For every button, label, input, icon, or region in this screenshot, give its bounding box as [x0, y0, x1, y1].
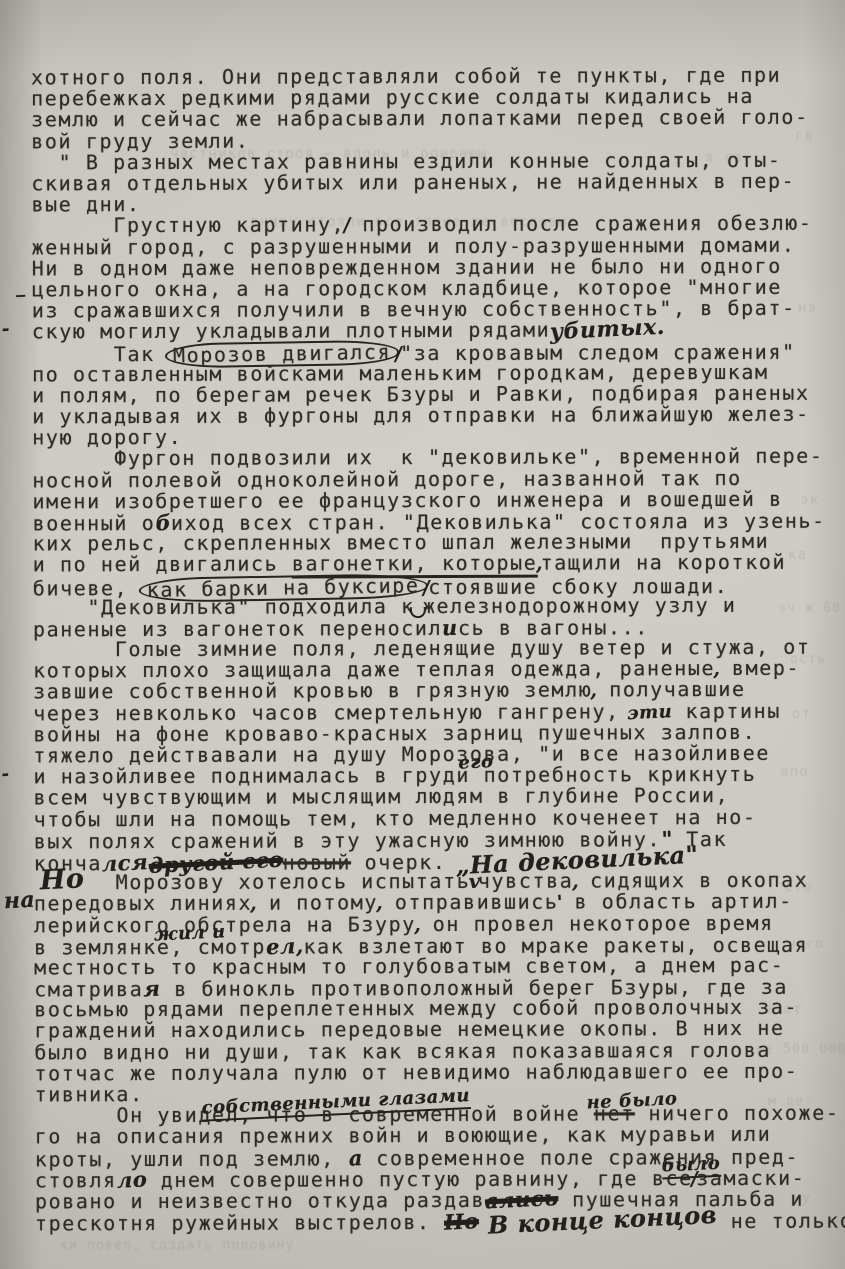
handwritten-annotation: ло: [116, 1168, 147, 1191]
bleed-through-text: ки повел, создать половину: [60, 1238, 295, 1253]
handwritten-annotation: а: [348, 1147, 363, 1169]
typed-text: железнодорожному узлу и: [423, 593, 737, 618]
typed-line: скивая отдельных убитых или раненых, не …: [31, 171, 845, 195]
margin-handwriting: на: [3, 890, 35, 913]
typed-text: не только: [717, 1209, 845, 1233]
typed-line: -скую могилу укладывали плотными рядамиу…: [32, 319, 845, 343]
typed-line: и по ней двигались вагонетки, которые,та…: [33, 552, 845, 576]
insertion-mark: ,: [535, 554, 543, 576]
typed-text: трескотня ружейных выстрелов.: [35, 1210, 444, 1235]
typed-text: тащили на короткой: [541, 550, 787, 575]
margin-handwriting: Но: [39, 868, 84, 891]
interline-handwriting: жил и: [154, 921, 227, 946]
insertion-mark: ,: [413, 914, 421, 936]
typed-line: ровано и неизвестно откуда раздавались п…: [35, 1188, 845, 1212]
typed-line: землю и сейчас же набрасывали лопатками …: [31, 107, 845, 131]
typed-line: вых полях сражений в эту ужасную зимнюю …: [34, 827, 845, 851]
typed-line: тотчас же получала пулю от невидимо набл…: [34, 1060, 845, 1084]
margin-handwriting: -: [1, 319, 10, 341]
handwritten-annotation: убитых.: [550, 317, 666, 344]
typed-line: и укладывая их в фургоны для отправки на…: [32, 404, 845, 428]
typed-line: трескотня ружейных выстрелов. Но В конце…: [35, 1209, 845, 1233]
typed-text: и по ней двигались: [33, 552, 292, 577]
typed-line: "Дековилька" подходила кжелезнодорожному…: [33, 594, 845, 618]
handwritten-annotation: В конце концов: [479, 1204, 718, 1236]
interline-handwriting: его: [458, 751, 494, 774]
document-page: частников строя — вдоль и опирающя гввни…: [0, 0, 845, 1269]
margin-handwriting: _: [15, 276, 25, 298]
scribbled-out-handwriting: Но: [444, 1210, 480, 1233]
margin-handwriting: -: [1, 764, 10, 786]
interline-handwriting: было: [661, 1153, 721, 1180]
typed-text: скую могилу укладывали плотными рядами: [32, 318, 550, 344]
typed-text-block: хотного поля. Они представляли собой те …: [31, 65, 845, 1233]
interline-handwriting: не было: [586, 1088, 678, 1113]
